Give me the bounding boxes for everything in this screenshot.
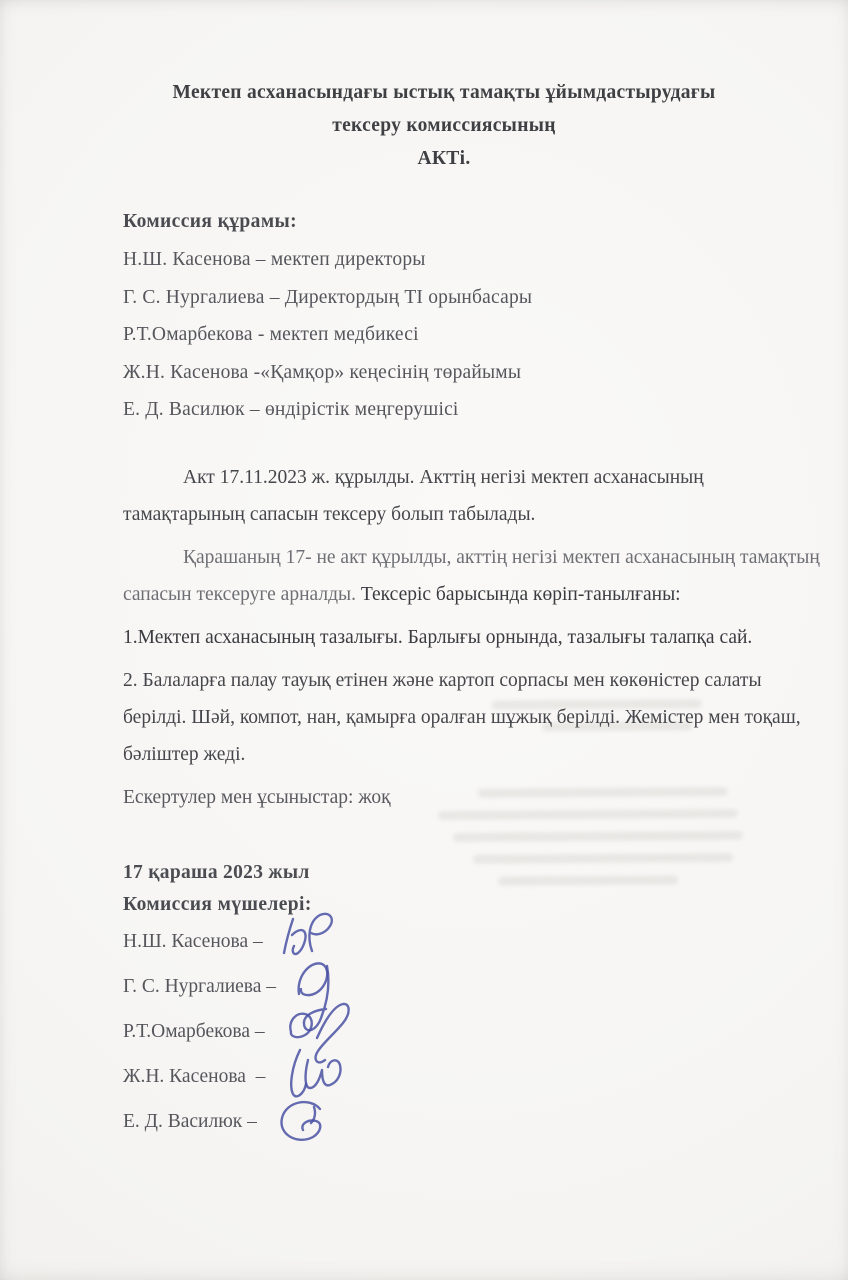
signature-row: Р.Т.Омарбекова – (123, 1010, 820, 1055)
member-line: Н.Ш. Касенова – мектеп директоры (123, 241, 820, 279)
scanned-document-page: Мектеп асханасындағы ыстық тамақты ұйымд… (0, 0, 848, 1280)
member-line: Ж.Н. Касенова -«Қамқор» кеңесінің төрайы… (123, 354, 820, 392)
paragraph-act-basis: Акт 17.11.2023 ж. құрылды. Акттің негізі… (123, 459, 820, 533)
signature-row: Г. С. Нургалиева – (123, 965, 820, 1010)
signature-label: Н.Ш. Касенова – (123, 931, 268, 953)
finding-item-2: 2. Балаларға палау тауық етінен және кар… (123, 662, 820, 773)
handwritten-signature-icon (278, 1048, 378, 1096)
paragraph-inspection: Қарашаның 17- не акт құрылды, акттің нег… (123, 539, 820, 613)
title-line-1: Мектеп асханасындағы ыстық тамақты ұйымд… (123, 76, 765, 109)
signature-row: Н.Ш. Касенова – (123, 920, 820, 965)
title-line-3: АКТі. (123, 142, 765, 175)
paragraph-inspection-dark: Тексеріс барысында көріп-танылғаны: (361, 584, 681, 605)
document-body: Акт 17.11.2023 ж. құрылды. Акттің негізі… (123, 459, 820, 816)
commission-members-list: Н.Ш. Касенова – мектеп директоры Г. С. Н… (123, 241, 820, 429)
member-line: Е. Д. Василюк – өндірістік меңгерушісі (123, 391, 820, 429)
handwritten-signature-icon (270, 1097, 340, 1143)
member-line: Г. С. Нургалиева – Директордың ТІ орынба… (123, 279, 820, 317)
document-date: 17 қараша 2023 жыл (123, 862, 820, 884)
handwritten-signature-icon (276, 911, 372, 959)
member-line: Р.Т.Омарбекова - мектеп медбикесі (123, 316, 820, 354)
handwritten-signature-icon (277, 1004, 381, 1052)
signature-label: Р.Т.Омарбекова – (123, 1021, 269, 1043)
handwritten-signature-icon (289, 960, 385, 1008)
signature-block: Н.Ш. Касенова – Г. С. Нургалиева – Р.Т.О… (123, 920, 820, 1145)
notes-line: Ескертулер мен ұсыныстар: жоқ (123, 779, 820, 816)
commission-members-heading: Комиссия мүшелері: (123, 894, 820, 916)
commission-composition-heading: Комиссия құрамы: (123, 211, 820, 233)
finding-item-1: 1.Мектеп асханасының тазалығы. Барлығы о… (123, 619, 820, 656)
document-title: Мектеп асханасындағы ыстық тамақты ұйымд… (123, 76, 820, 175)
signature-label: Ж.Н. Касенова – (123, 1066, 270, 1088)
signature-row: Е. Д. Василюк – (123, 1100, 820, 1145)
signature-row: Ж.Н. Касенова – (123, 1055, 820, 1100)
signature-label: Г. С. Нургалиева – (123, 976, 281, 998)
title-line-2: тексеру комиссиясының (123, 109, 765, 142)
signature-label: Е. Д. Василюк – (123, 1111, 262, 1133)
document-content: Мектеп асханасындағы ыстық тамақты ұйымд… (123, 76, 820, 1145)
